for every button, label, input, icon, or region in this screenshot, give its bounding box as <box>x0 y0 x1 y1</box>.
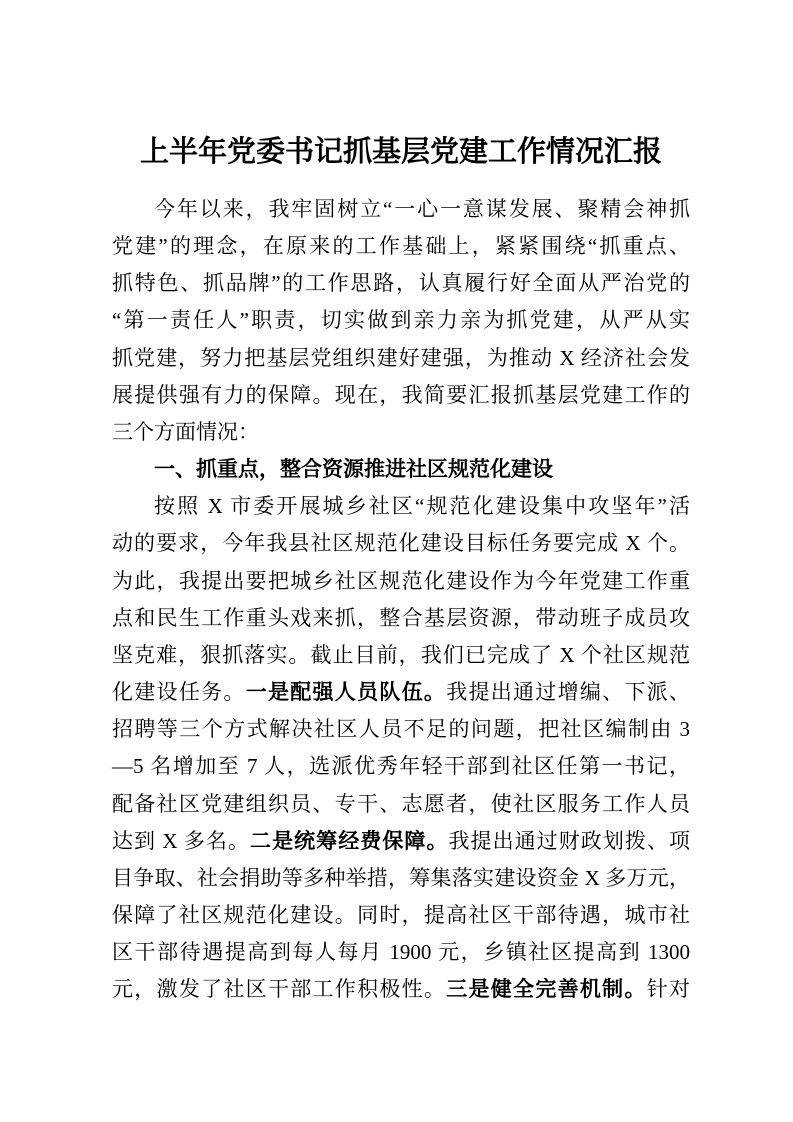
text-run: 针对 <box>647 977 690 1001</box>
text-line: —5 名增加至 7 人，选派优秀年轻干部到社区任第一书记， <box>112 748 690 785</box>
bold-run: 一是配强人员队伍。 <box>246 681 447 704</box>
text-run: 点和民生工作重头戏来抓，整合基层资源，带动班子成员攻 <box>112 606 690 630</box>
text-run: 元，激发了社区干部工作积极性。 <box>112 977 446 1001</box>
bold-run: 三是健全完善机制。 <box>446 978 647 1001</box>
text-line: 区干部待遇提高到每人每月 1900 元，乡镇社区提高到 1300 <box>112 934 690 971</box>
text-line: 坚克难，狠抓落实。截止目前，我们已完成了 X 个社区规范 <box>112 637 690 674</box>
text-line: 抓党建，努力把基层党组织建好建强，为推动 X 经济社会发 <box>112 340 690 377</box>
text-line: 今年以来，我牢固树立“一心一意谋发展、聚精会神抓 <box>112 191 690 228</box>
section-heading-1: 一、抓重点，整合资源推进社区规范化建设 <box>112 451 690 488</box>
paragraph-intro: 今年以来，我牢固树立“一心一意谋发展、聚精会神抓 党建”的理念，在原来的工作基础… <box>112 191 690 451</box>
text-run: 我提出通过增编、下派、 <box>446 680 690 704</box>
text-line: 按照 X 市委开展城乡社区“规范化建设集中攻坚年”活 <box>112 488 690 525</box>
text-line: 点和民生工作重头戏来抓，整合基层资源，带动班子成员攻 <box>112 600 690 637</box>
text-line: 三个方面情况： <box>112 414 690 451</box>
text-line: 化建设任务。一是配强人员队伍。我提出通过增编、下派、 <box>112 674 690 711</box>
text-run: 招聘等三个方式解决社区人员不足的问题，把社区编制由 3 <box>112 717 690 741</box>
text-line: 配备社区党建组织员、专干、志愿者，使社区服务工作人员 <box>112 786 690 823</box>
text-line: 为此，我提出要把城乡社区规范化建设作为今年党建工作重 <box>112 563 690 600</box>
text-run: 目争取、社会捐助等多种举措，筹集落实建设资金 X 多万元， <box>112 866 690 890</box>
text-line: 动的要求，今年我县社区规范化建设目标任务要完成 X 个。 <box>112 525 690 562</box>
document-page: 上半年党委书记抓基层党建工作情况汇报 今年以来，我牢固树立“一心一意谋发展、聚精… <box>0 0 793 1122</box>
text-run: 坚克难，狠抓落实。截止目前，我们已完成了 X 个社区规范 <box>112 643 690 667</box>
text-run: 为此，我提出要把城乡社区规范化建设作为今年党建工作重 <box>112 569 690 593</box>
text-line: 抓特色、抓品牌”的工作思路，认真履行好全面从严治党的 <box>112 265 690 302</box>
text-line: 展提供强有力的保障。现在，我简要汇报抓基层党建工作的 <box>112 377 690 414</box>
text-run: 达到 X 多名。 <box>112 829 250 853</box>
document-title: 上半年党委书记抓基层党建工作情况汇报 <box>112 131 690 173</box>
document-body: 今年以来，我牢固树立“一心一意谋发展、聚精会神抓 党建”的理念，在原来的工作基础… <box>112 191 690 1008</box>
text-line: 党建”的理念，在原来的工作基础上，紧紧围绕“抓重点、 <box>112 228 690 265</box>
paragraph-section-1: 按照 X 市委开展城乡社区“规范化建设集中攻坚年”活 动的要求，今年我县社区规范… <box>112 488 690 1008</box>
text-line: 目争取、社会捐助等多种举措，筹集落实建设资金 X 多万元， <box>112 860 690 897</box>
text-run: 动的要求，今年我县社区规范化建设目标任务要完成 X 个。 <box>112 531 690 555</box>
text-line: “第一责任人”职责，切实做到亲力亲为抓党建，从严从实 <box>112 302 690 339</box>
bold-run: 二是统筹经费保障。 <box>250 830 448 853</box>
text-line: 保障了社区规范化建设。同时，提高社区干部待遇，城市社 <box>112 897 690 934</box>
text-line: 达到 X 多名。二是统筹经费保障。我提出通过财政划拨、项 <box>112 823 690 860</box>
text-line: 元，激发了社区干部工作积极性。三是健全完善机制。针对 <box>112 971 690 1008</box>
text-run: 保障了社区规范化建设。同时，提高社区干部待遇，城市社 <box>112 903 690 927</box>
text-run: 化建设任务。 <box>112 680 246 704</box>
text-line: 招聘等三个方式解决社区人员不足的问题，把社区编制由 3 <box>112 711 690 748</box>
text-run: 我提出通过财政划拨、项 <box>449 829 691 853</box>
text-run: 按照 X 市委开展城乡社区“规范化建设集中攻坚年”活 <box>154 494 690 518</box>
text-run: 配备社区党建组织员、专干、志愿者，使社区服务工作人员 <box>112 792 690 816</box>
text-run: —5 名增加至 7 人，选派优秀年轻干部到社区任第一书记， <box>112 754 690 778</box>
text-run: 区干部待遇提高到每人每月 1900 元，乡镇社区提高到 1300 <box>112 940 690 964</box>
